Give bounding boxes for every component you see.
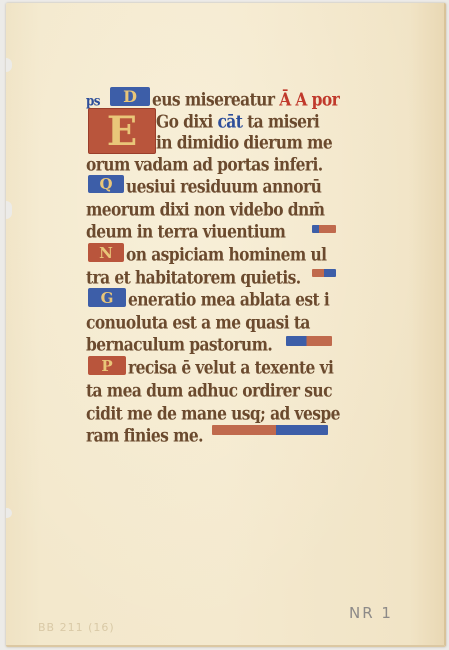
- line-filler: [212, 425, 328, 435]
- text-line: conuoluta est a me quasi ta: [86, 311, 310, 334]
- text-line: deum in terra viuentium: [86, 220, 285, 243]
- initial-n: N: [88, 243, 124, 262]
- edge-notch: [6, 201, 12, 219]
- text-line: bernaculum pastorum.: [86, 333, 272, 356]
- text-line: orum vadam ad portas inferi.: [86, 153, 323, 176]
- shelfmark-annotation: NR 1: [349, 604, 393, 622]
- edge-notch: [6, 508, 12, 518]
- text-line: ta mea dum adhuc ordirer suc: [86, 379, 332, 402]
- line-filler: [312, 225, 336, 233]
- text-line: ram finies me.: [86, 424, 203, 447]
- faint-annotation: BB 211 (16): [38, 621, 115, 634]
- text-line: cidit me de mane usq; ad vespe: [86, 402, 340, 425]
- edge-notch: [6, 58, 12, 72]
- text-line: eneratio mea ablata est i: [128, 288, 329, 311]
- text-line: eus misereatur Ā A por: [152, 88, 339, 111]
- text-line: uesiui residuum annorū: [126, 175, 321, 198]
- text-line: meorum dixi non videbo dnm̄: [86, 198, 324, 221]
- line-filler: [312, 269, 336, 277]
- initial-q: Q: [88, 175, 124, 193]
- text-line: Go dixi cāt ta miseri: [156, 110, 319, 133]
- line-filler: [286, 336, 332, 346]
- text-line: recisa ē velut a texente vi: [128, 356, 333, 379]
- initial-d: D: [110, 87, 150, 106]
- initial-e: E: [88, 108, 156, 154]
- initial-g: G: [88, 288, 126, 307]
- text-line: on aspiciam hominem ul: [126, 243, 326, 266]
- initial-p: P: [88, 356, 126, 375]
- text-line: in dimidio dierum me: [156, 131, 332, 154]
- text-line: tra et habitatorem quietis.: [86, 266, 301, 289]
